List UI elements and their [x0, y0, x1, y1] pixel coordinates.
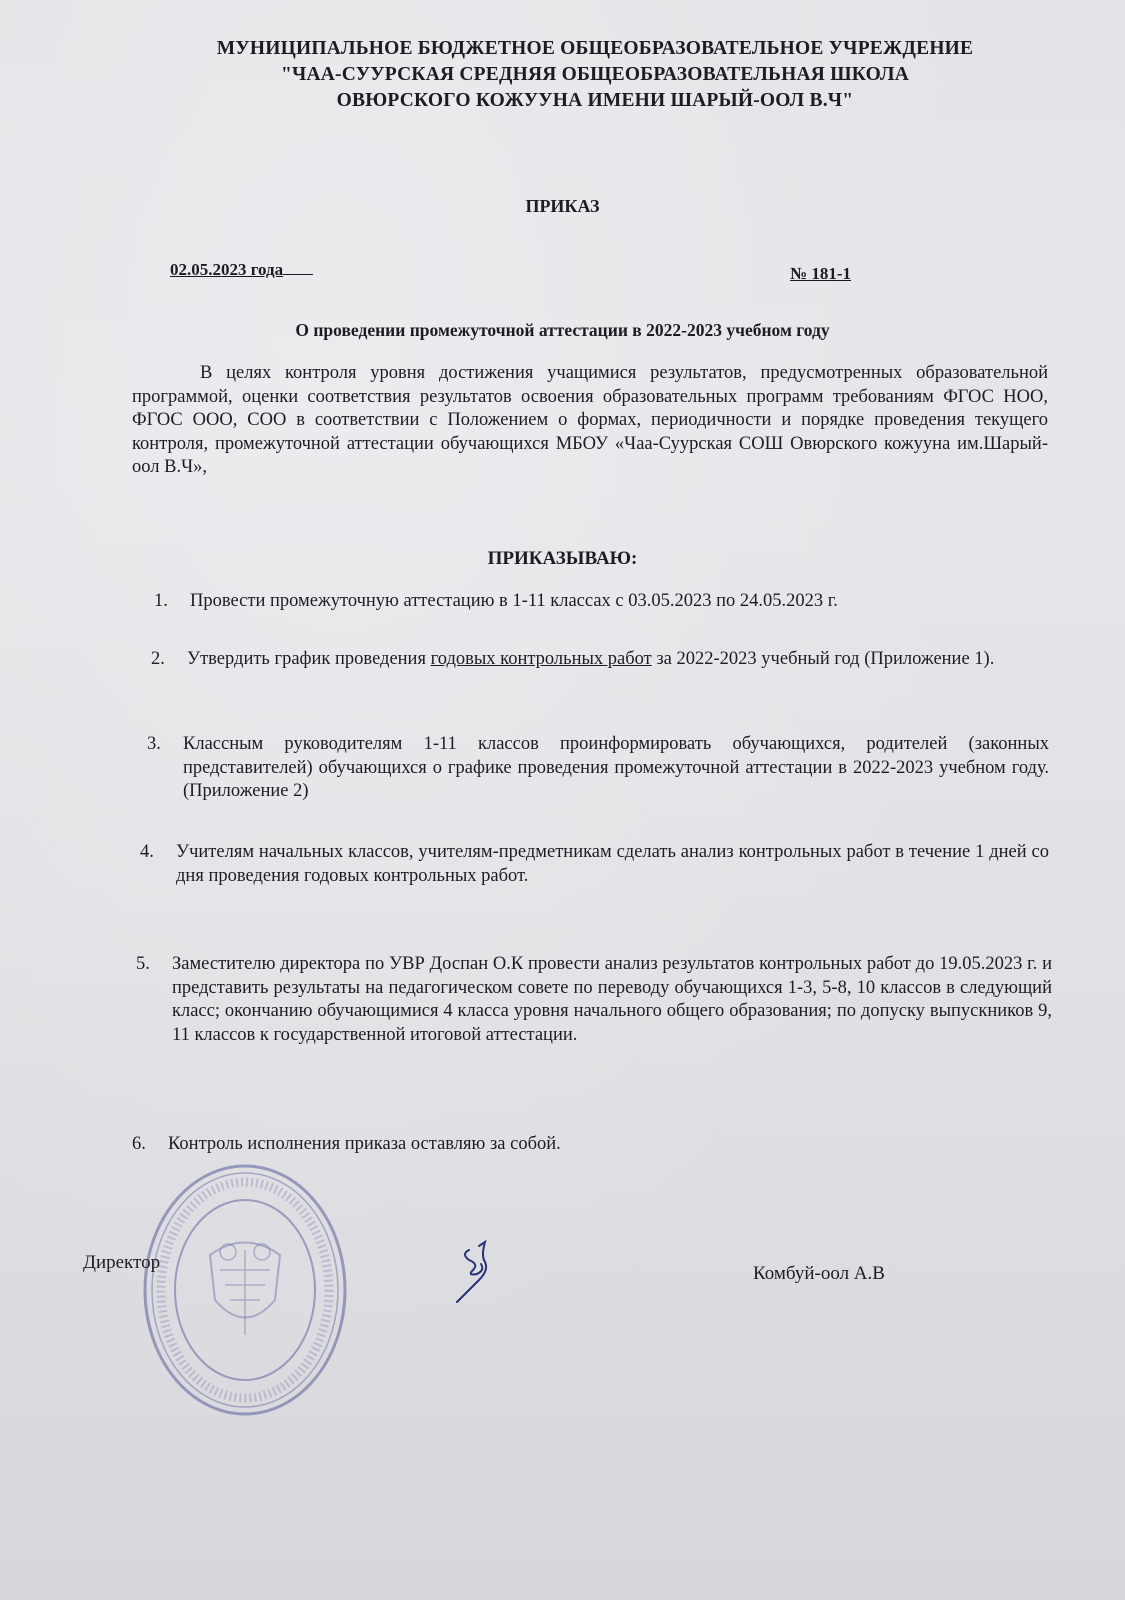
item-number: 4.: [140, 841, 154, 865]
list-item-5: 5. Заместителю директора по УВР Доспан О…: [172, 953, 1052, 1047]
doc-type-title: ПРИКАЗ: [0, 196, 1125, 217]
item-text: Учителям начальных классов, учителям-пре…: [176, 842, 1049, 886]
preamble-paragraph: В целях контроля уровня достижения учащи…: [132, 362, 1048, 480]
order-heading: ПРИКАЗЫВАЮ:: [0, 548, 1125, 570]
list-item-4: 4. Учителям начальных классов, учителям-…: [176, 841, 1049, 888]
official-stamp-icon: [140, 1160, 350, 1420]
item-text: Заместителю директора по УВР Доспан О.К …: [172, 954, 1052, 1045]
item-text: Провести промежуточную аттестацию в 1-11…: [190, 591, 838, 611]
item-number: 5.: [136, 953, 150, 977]
list-item-3: 3. Классным руководителям 1-11 классов п…: [183, 733, 1049, 804]
item-number: 1.: [154, 590, 168, 614]
item-number: 3.: [147, 733, 161, 757]
list-item-2: 2. Утвердить график проведения годовых к…: [187, 648, 1049, 672]
header-line-3: ОВЮРСКОГО КОЖУУНА ИМЕНИ ШАРЫЙ-ООЛ В.Ч": [140, 88, 1050, 114]
header-line-2: "ЧАА-СУУРСКАЯ СРЕДНЯЯ ОБЩЕОБРАЗОВАТЕЛЬНА…: [140, 62, 1050, 88]
date-underline: [283, 274, 313, 275]
signatory-name: Комбуй-оол А.В: [753, 1263, 885, 1285]
list-item-6: 6. Контроль исполнения приказа оставляю …: [168, 1133, 1048, 1157]
item-text-after: за 2022-2023 учебный год (Приложение 1).: [652, 649, 995, 669]
item-text: Контроль исполнения приказа оставляю за …: [168, 1134, 561, 1154]
order-number: № 181-1: [790, 264, 851, 284]
document-page: МУНИЦИПАЛЬНОЕ БЮДЖЕТНОЕ ОБЩЕОБРАЗОВАТЕЛЬ…: [0, 0, 1125, 1600]
list-item-1: 1. Провести промежуточную аттестацию в 1…: [190, 590, 1050, 614]
handwritten-signature-icon: [455, 1240, 525, 1305]
order-date-text: 02.05.2023 года: [170, 260, 283, 279]
item-number: 2.: [151, 648, 165, 672]
item-text-before: Утвердить график проведения: [187, 649, 431, 669]
header-line-1: МУНИЦИПАЛЬНОЕ БЮДЖЕТНОЕ ОБЩЕОБРАЗОВАТЕЛЬ…: [140, 36, 1050, 62]
order-date: 02.05.2023 года: [170, 260, 313, 280]
signature-position: Директор: [83, 1252, 160, 1274]
item-text: Классным руководителям 1-11 классов прои…: [183, 734, 1049, 801]
item-text-underlined: годовых контрольных работ: [431, 649, 652, 669]
order-subject: О проведении промежуточной аттестации в …: [0, 320, 1125, 341]
item-number: 6.: [132, 1133, 146, 1157]
